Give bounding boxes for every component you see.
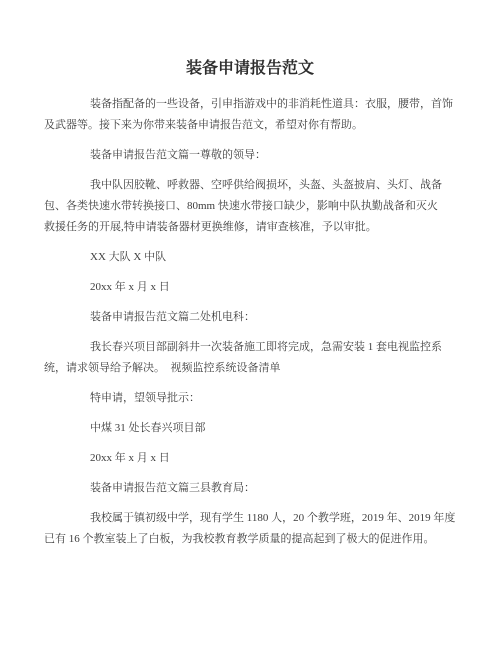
paragraph-line: 装备申请报告范文篇三县教育局：: [44, 478, 456, 499]
paragraph-line: 特申请，望领导批示：: [44, 388, 456, 409]
document-page: 装备申请报告范文 装备指配备的一些设备，引申指游戏中的非消耗性道具：衣服，腰带，…: [0, 0, 500, 647]
paragraph-line: 包、各类快速水带转换接口、80mm 快速水带接口缺少，影响中队执勤战备和灭火: [44, 196, 456, 217]
paragraph: 我中队因胶靴、呼救器、空呼供给阀损坏，头盔、头盔披肩、头灯、战备包、各类快速水带…: [44, 175, 456, 238]
document-body: 装备指配备的一些设备，引申指游戏中的非消耗性道具：衣服，腰带，首饰及武器等。接下…: [44, 94, 456, 550]
paragraph-line: 中煤 31 处长春兴项目部: [44, 418, 456, 439]
document-title: 装备申请报告范文: [44, 58, 456, 80]
paragraph-line: 及武器等。接下来为你带来装备申请报告范文，希望对你有帮助。: [44, 115, 456, 136]
paragraph-line: 装备申请报告范文篇二处机电科：: [44, 307, 456, 328]
paragraph-line: 救援任务的开展,特申请装备器材更换维修，请审查核准，予以审批。: [44, 217, 456, 238]
paragraph-line: 统，请求领导给予解决。 视频监控系统设备清单: [44, 358, 456, 379]
paragraph: XX 大队 X 中队: [44, 247, 456, 268]
paragraph: 中煤 31 处长春兴项目部: [44, 418, 456, 439]
paragraph-line: 我校属于镇初级中学，现有学生 1180 人，20 个教学班，2019 年、201…: [44, 508, 456, 529]
paragraph-line: XX 大队 X 中队: [44, 247, 456, 268]
paragraph-line: 已有 16 个教室装上了白板，为我校教育教学质量的提高起到了极大的促进作用。: [44, 529, 456, 550]
paragraph-line: 装备申请报告范文篇一尊敬的领导：: [44, 145, 456, 166]
paragraph-line: 我长春兴项目部副斜井一次装备施工即将完成，急需安装 1 套电视监控系: [44, 337, 456, 358]
paragraph: 我长春兴项目部副斜井一次装备施工即将完成，急需安装 1 套电视监控系统，请求领导…: [44, 337, 456, 379]
paragraph-line: 20xx 年 x 月 x 日: [44, 277, 456, 298]
paragraph-line: 我中队因胶靴、呼救器、空呼供给阀损坏，头盔、头盔披肩、头灯、战备: [44, 175, 456, 196]
paragraph: 我校属于镇初级中学，现有学生 1180 人，20 个教学班，2019 年、201…: [44, 508, 456, 550]
paragraph: 20xx 年 x 月 x 日: [44, 277, 456, 298]
paragraph: 装备申请报告范文篇三县教育局：: [44, 478, 456, 499]
paragraph: 20xx 年 x 月 x 日: [44, 448, 456, 469]
paragraph-line: 装备指配备的一些设备，引申指游戏中的非消耗性道具：衣服，腰带，首饰: [44, 94, 456, 115]
paragraph: 装备指配备的一些设备，引申指游戏中的非消耗性道具：衣服，腰带，首饰及武器等。接下…: [44, 94, 456, 136]
paragraph-line: 20xx 年 x 月 x 日: [44, 448, 456, 469]
paragraph: 特申请，望领导批示：: [44, 388, 456, 409]
paragraph: 装备申请报告范文篇二处机电科：: [44, 307, 456, 328]
paragraph: 装备申请报告范文篇一尊敬的领导：: [44, 145, 456, 166]
